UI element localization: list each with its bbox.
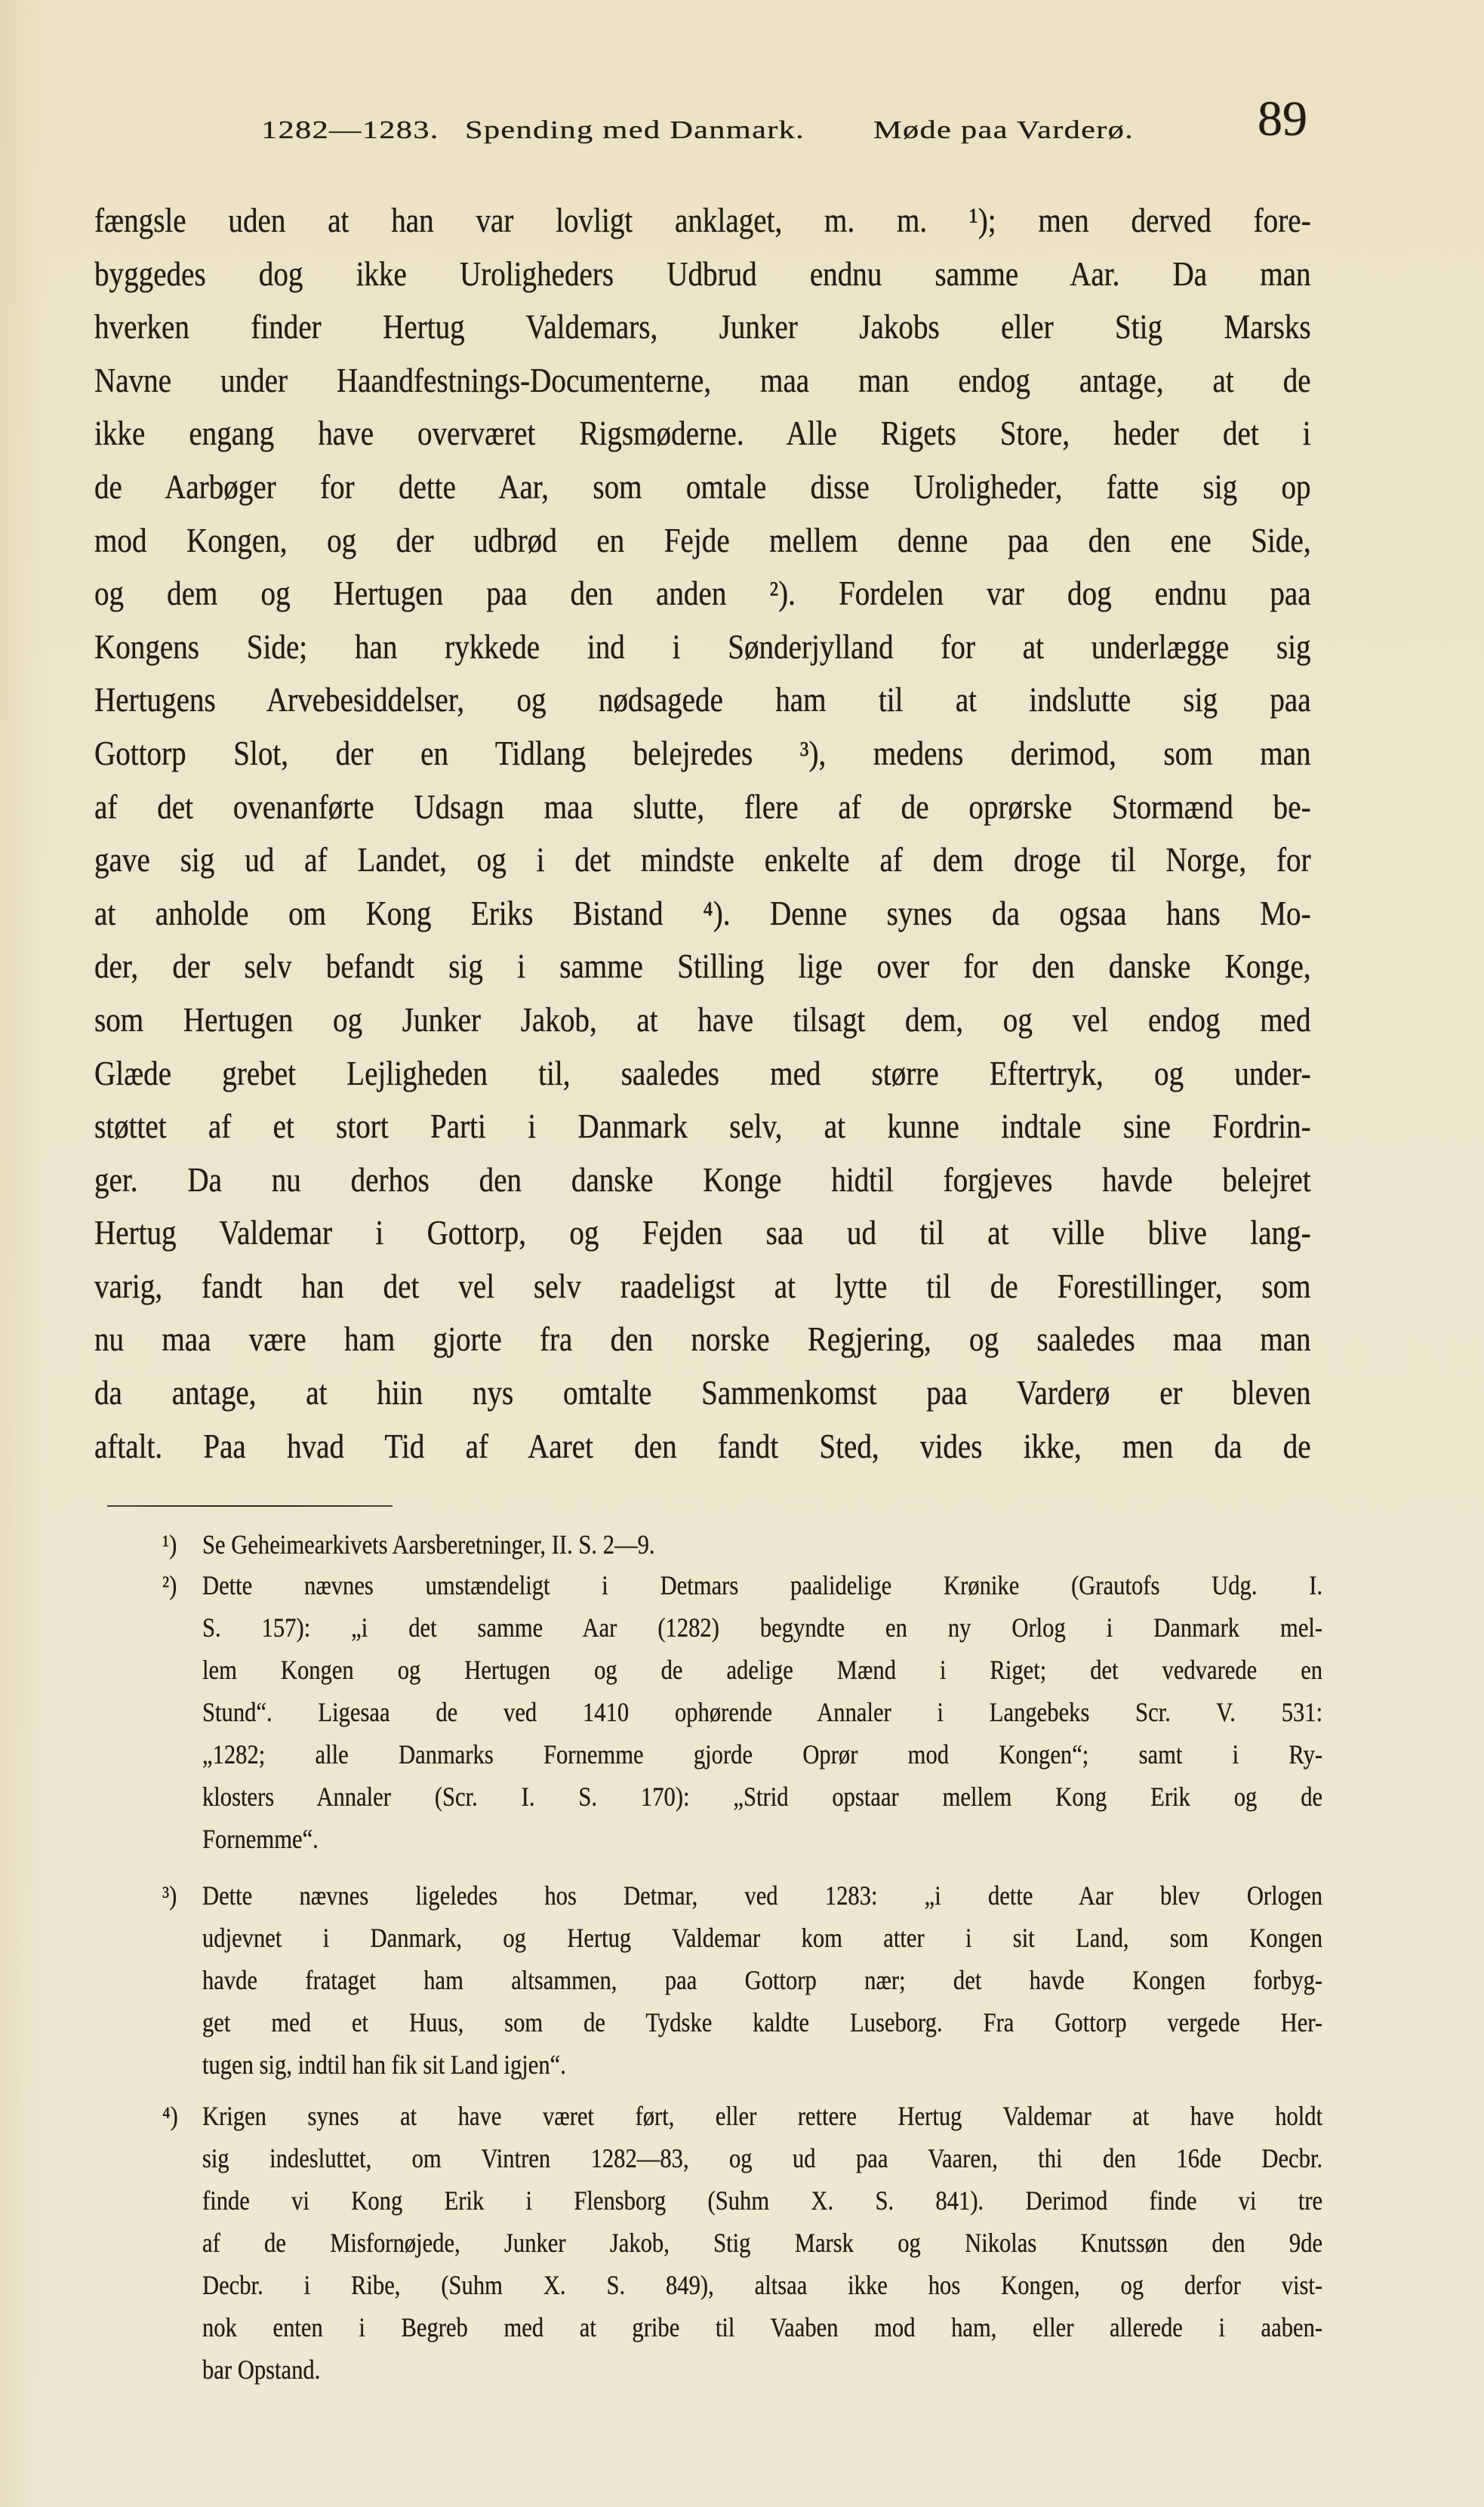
footnote-text: Dette nævnes umstændeligt i Detmars paal… (202, 1564, 1322, 1860)
footnote-line: finde vi Kong Erik i Flensborg (Suhm X. … (202, 2179, 1322, 2222)
body-line: nu maa være ham gjorte fra den norske Re… (94, 1313, 1311, 1366)
footnote-line: Decbr. i Ribe, (Suhm X. S. 849), altsaa … (202, 2264, 1322, 2306)
body-line: Gottorp Slot, der en Tidlang belejredes … (94, 727, 1311, 781)
body-line: gave sig ud af Landet, og i det mindste … (94, 833, 1311, 887)
footnote-line: Dette nævnes umstændeligt i Detmars paal… (202, 1564, 1322, 1606)
footnote-line: Dette nævnes ligeledes hos Detmar, ved 1… (202, 1874, 1322, 1917)
body-line: da antage, at hiin nys omtalte Sammenkom… (94, 1366, 1311, 1420)
footnote-line: S. 157): „i det samme Aar (1282) begyndt… (202, 1606, 1322, 1649)
footnote-line: Fornemme“. (202, 1818, 1322, 1860)
body-line: som Hertugen og Junker Jakob, at have ti… (94, 993, 1311, 1047)
body-line: hverken finder Hertug Valdemars, Junker … (94, 300, 1311, 354)
footnote-line: klosters Annaler (Scr. I. S. 170): „Stri… (202, 1776, 1322, 1818)
body-line: ikke engang have overværet Rigsmøderne. … (94, 407, 1311, 460)
footnote-marker: ⁴) (162, 2095, 178, 2137)
footnote-text: Krigen synes at have været ført, eller r… (202, 2095, 1322, 2391)
footnote-line: Se Geheimearkivets Aarsberetninger, II. … (202, 1523, 1322, 1566)
book-page: 1282—1283. Spending med Danmark. Møde pa… (0, 0, 1484, 2507)
body-line: der, der selv befandt sig i samme Stilli… (94, 940, 1311, 993)
body-line: Hertug Valdemar i Gottorp, og Fejden saa… (94, 1206, 1311, 1260)
body-line: Glæde grebet Lejligheden til, saaledes m… (94, 1047, 1311, 1101)
body-line: de Aarbøger for dette Aar, som omtale di… (94, 460, 1311, 514)
body-line: varig, fandt han det vel selv raadeligst… (94, 1260, 1311, 1314)
footnote-line: Stund“. Ligesaa de ved 1410 ophørende An… (202, 1691, 1322, 1733)
footnote-line: af de Misfornøjede, Junker Jakob, Stig M… (202, 2222, 1322, 2264)
body-line: fængsle uden at han var lovligt anklaget… (94, 194, 1311, 248)
footnote-line: sig indesluttet, om Vintren 1282—83, og … (202, 2137, 1322, 2179)
body-line: ger. Da nu derhos den danske Konge hidti… (94, 1153, 1311, 1207)
body-line: Kongens Side; han rykkede ind i Sønderjy… (94, 621, 1311, 674)
footnote-line: tugen sig, indtil han fik sit Land igjen… (202, 2043, 1322, 2086)
body-line: byggedes dog ikke Uroligheders Udbrud en… (94, 248, 1311, 301)
body-line: mod Kongen, og der udbrød en Fejde melle… (94, 514, 1311, 568)
body-line: at anholde om Kong Eriks Bistand ⁴). Den… (94, 887, 1311, 941)
running-head-subsection: Møde paa Varderø. (873, 118, 1134, 143)
footnote-line: havde frataget ham altsammen, paa Gottor… (202, 1959, 1322, 2001)
page-number: 89 (1258, 94, 1307, 144)
footnote-line: lem Kongen og Hertugen og de adelige Mæn… (202, 1649, 1322, 1691)
body-line: Navne under Haandfestnings-Documenterne,… (94, 354, 1311, 408)
footnote-marker: ³) (162, 1874, 177, 1917)
footnote-separator-rule (107, 1505, 393, 1507)
footnote-line: Krigen synes at have været ført, eller r… (202, 2095, 1322, 2137)
footnote-line: get med et Huus, som de Tydske kaldte Lu… (202, 2001, 1322, 2043)
body-line: Hertugens Arvebesiddelser, og nødsagede … (94, 673, 1311, 727)
footnote-line: nok enten i Begreb med at gribe til Vaab… (202, 2306, 1322, 2348)
footnote-text: Dette nævnes ligeledes hos Detmar, ved 1… (202, 1874, 1322, 2086)
footnote-line: bar Opstand. (202, 2348, 1322, 2391)
footnote-line: udjevnet i Danmark, og Hertug Valdemar k… (202, 1917, 1322, 1959)
body-paragraph: fængsle uden at han var lovligt anklaget… (94, 194, 1311, 1473)
footnote-text: Se Geheimearkivets Aarsberetninger, II. … (202, 1523, 1322, 1566)
body-line: af det ovenanførte Udsagn maa slutte, fl… (94, 781, 1311, 834)
body-line: og dem og Hertugen paa den anden ²). For… (94, 567, 1311, 621)
body-line: aftalt. Paa hvad Tid af Aaret den fandt … (94, 1420, 1311, 1474)
body-line: støttet af et stort Parti i Danmark selv… (94, 1100, 1311, 1153)
footnote-line: „1282; alle Danmarks Fornemme gjorde Opr… (202, 1733, 1322, 1776)
footnote-marker: ²) (162, 1564, 177, 1606)
running-head-years: 1282—1283. (261, 118, 439, 143)
running-head-section: Spending med Danmark. (465, 118, 805, 143)
footnote-marker: ¹) (162, 1523, 177, 1566)
